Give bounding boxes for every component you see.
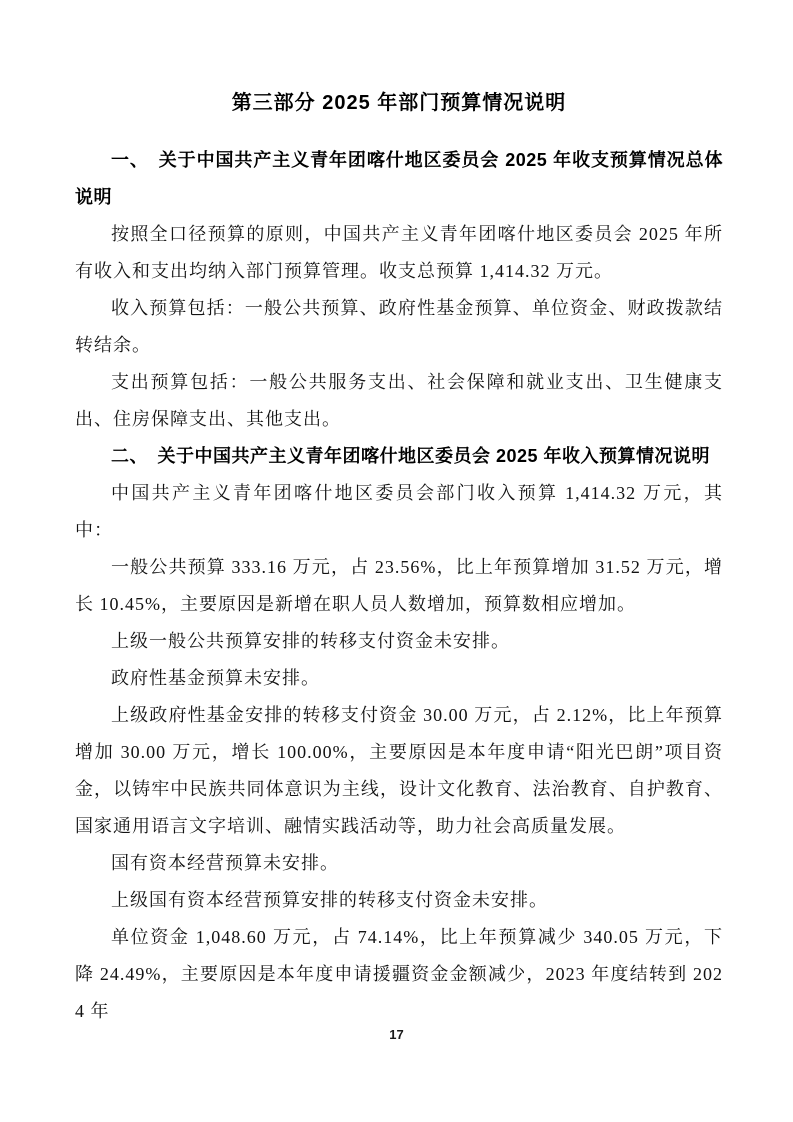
para-revenue-total: 中国共产主义青年团喀什地区委员会部门收入预算 1,414.32 万元，其中： (75, 475, 723, 549)
para-revenue-includes: 收入预算包括：一般公共预算、政府性基金预算、单位资金、财政拨款结转结余。 (75, 290, 723, 364)
para-expenditure-includes: 支出预算包括：一般公共服务支出、社会保障和就业支出、卫生健康支出、住房保障支出、… (75, 364, 723, 438)
para-govt-fund-budget: 政府性基金预算未安排。 (75, 660, 723, 697)
document-body: 第三部分 2025 年部门预算情况说明 一、 关于中国共产主义青年团喀什地区委员… (75, 88, 723, 1030)
section-2-heading: 二、 关于中国共产主义青年团喀什地区委员会 2025 年收入预算情况说明 (75, 438, 723, 475)
para-superior-general-transfer: 上级一般公共预算安排的转移支付资金未安排。 (75, 623, 723, 660)
para-unit-funds: 单位资金 1,048.60 万元，占 74.14%，比上年预算减少 340.05… (75, 919, 723, 1030)
section-1-heading: 一、 关于中国共产主义青年团喀什地区委员会 2025 年收支预算情况总体说明 (75, 142, 723, 216)
para-general-public-budget: 一般公共预算 333.16 万元，占 23.56%，比上年预算增加 31.52 … (75, 549, 723, 623)
para-state-capital-budget: 国有资本经营预算未安排。 (75, 845, 723, 882)
para-superior-govt-fund-transfer: 上级政府性基金安排的转移支付资金 30.00 万元，占 2.12%，比上年预算增… (75, 697, 723, 845)
document-page: 第三部分 2025 年部门预算情况说明 一、 关于中国共产主义青年团喀什地区委员… (0, 0, 793, 1122)
para-budget-principle: 按照全口径预算的原则，中国共产主义青年团喀什地区委员会 2025 年所有收入和支… (75, 216, 723, 290)
para-state-capital-transfer: 上级国有资本经营预算安排的转移支付资金未安排。 (75, 882, 723, 919)
page-number: 17 (0, 1027, 793, 1042)
document-title: 第三部分 2025 年部门预算情况说明 (75, 88, 723, 118)
